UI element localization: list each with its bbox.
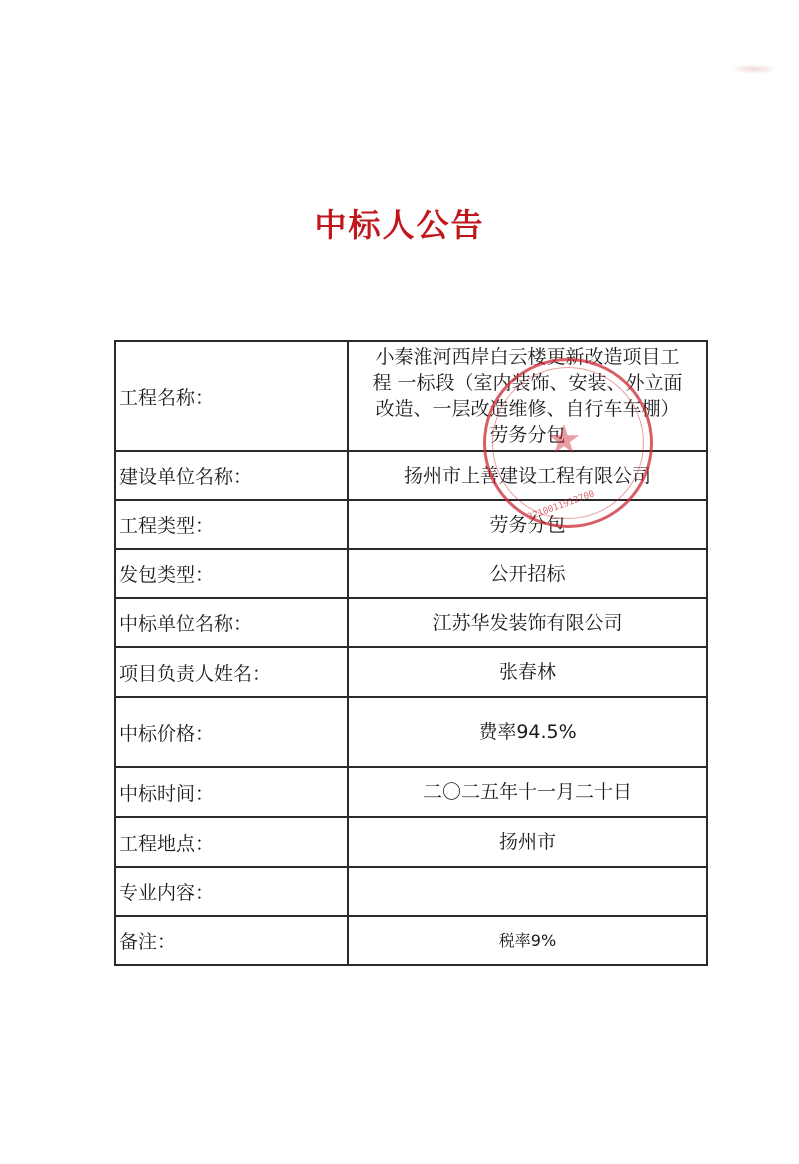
award-date-value: 二〇二五年十一月二十日 xyxy=(348,767,707,817)
table-row-manager: 项目负责人姓名： 张春林 xyxy=(115,647,707,697)
table-row-contract-type: 发包类型： 公开招标 xyxy=(115,549,707,598)
table-row-winner: 中标单位名称： 江苏华发装饰有限公司 xyxy=(115,598,707,647)
table-row-remarks: 备注： 税率9% xyxy=(115,916,707,965)
remarks-value: 税率9% xyxy=(348,916,707,965)
row-label: 中标价格： xyxy=(115,697,348,767)
table-row-price: 中标价格： 费率94.5% xyxy=(115,697,707,767)
table-row-project-type: 工程类型： 劳务分包 xyxy=(115,500,707,549)
row-label: 专业内容： xyxy=(115,867,348,916)
contract-type-value: 公开招标 xyxy=(348,549,707,598)
page-title: 中标人公告 xyxy=(0,200,799,246)
row-label: 建设单位名称： xyxy=(115,451,348,500)
location-value: 扬州市 xyxy=(348,817,707,867)
winner-value: 江苏华发装饰有限公司 xyxy=(348,598,707,647)
row-label: 工程地点： xyxy=(115,817,348,867)
award-notice-table: 工程名称： 小秦淮河西岸白云楼更新改造项目工 程 一标段（室内装饰、安装、外立面… xyxy=(114,340,708,966)
price-value: 费率94.5% xyxy=(348,697,707,767)
table-row-builder: 建设单位名称： 扬州市上善建设工程有限公司 xyxy=(115,451,707,500)
project-name-line: 改造、一层改造维修、自行车车棚） xyxy=(353,396,702,422)
row-label: 发包类型： xyxy=(115,549,348,598)
project-name-line: 程 一标段（室内装饰、安装、外立面 xyxy=(353,370,702,396)
builder-value: 扬州市上善建设工程有限公司 xyxy=(348,451,707,500)
table-row-specialty: 专业内容： xyxy=(115,867,707,916)
row-label: 中标时间： xyxy=(115,767,348,817)
scan-artifact xyxy=(730,64,778,74)
table-row-project-name: 工程名称： 小秦淮河西岸白云楼更新改造项目工 程 一标段（室内装饰、安装、外立面… xyxy=(115,341,707,451)
row-label: 备注： xyxy=(115,916,348,965)
project-type-value: 劳务分包 xyxy=(348,500,707,549)
manager-value: 张春林 xyxy=(348,647,707,697)
row-label: 项目负责人姓名： xyxy=(115,647,348,697)
row-label: 工程类型： xyxy=(115,500,348,549)
project-name-value: 小秦淮河西岸白云楼更新改造项目工 程 一标段（室内装饰、安装、外立面 改造、一层… xyxy=(348,341,707,451)
row-label: 工程名称： xyxy=(115,341,348,451)
specialty-value xyxy=(348,867,707,916)
table-row-award-date: 中标时间： 二〇二五年十一月二十日 xyxy=(115,767,707,817)
table-row-location: 工程地点： 扬州市 xyxy=(115,817,707,867)
row-label: 中标单位名称： xyxy=(115,598,348,647)
project-name-line: 劳务分包 xyxy=(353,422,702,448)
project-name-line: 小秦淮河西岸白云楼更新改造项目工 xyxy=(353,344,702,370)
